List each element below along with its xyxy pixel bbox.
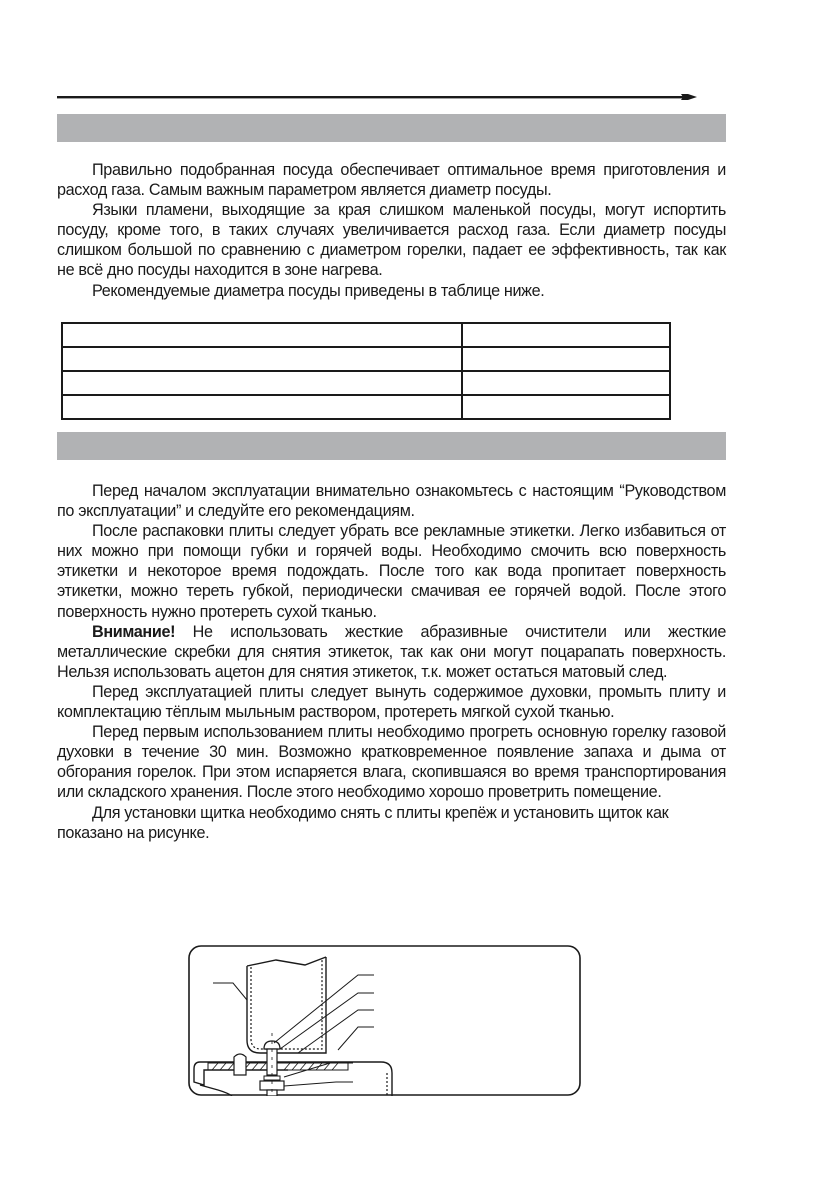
table-cell: [62, 323, 462, 347]
table-cell: [62, 371, 462, 395]
paragraph: Перед началом эксплуатации внимательно о…: [57, 481, 726, 521]
warning-label: Внимание!: [92, 623, 175, 641]
table-cell: [62, 347, 462, 371]
table-cell: [462, 371, 670, 395]
paragraph: Для установки щитка необходимо снять с п…: [57, 803, 726, 843]
table-cell: [462, 347, 670, 371]
table-cell: [462, 323, 670, 347]
paragraph: Перед эксплуатацией плиты следует вынуть…: [57, 682, 726, 722]
warning-paragraph: Внимание! Не использовать жесткие абрази…: [57, 622, 726, 682]
table-row: [62, 371, 670, 395]
paragraph: Правильно подобранная посуда обеспечивае…: [57, 160, 726, 200]
cookware-diameter-table: [61, 322, 671, 420]
splashback-mounting-diagram: [188, 945, 581, 1096]
paragraph: Рекомендуемые диаметра посуды приведены …: [57, 281, 726, 301]
table-row: [62, 323, 670, 347]
arrow-rule-icon: [57, 94, 697, 100]
paragraph: Перед первым использованием плиты необхо…: [57, 722, 726, 802]
paragraph: Языки пламени, выходящие за края слишком…: [57, 200, 726, 280]
paragraph: После распаковки плиты следует убрать вс…: [57, 521, 726, 621]
table-cell: [462, 395, 670, 419]
table-row: [62, 347, 670, 371]
table-row: [62, 395, 670, 419]
before-use-text: Перед началом эксплуатации внимательно о…: [57, 481, 726, 843]
section-header-bar-before-use: [57, 432, 726, 460]
section-header-bar-cookware: [57, 114, 726, 142]
table-cell: [62, 395, 462, 419]
cookware-text: Правильно подобранная посуда обеспечивае…: [57, 160, 726, 301]
